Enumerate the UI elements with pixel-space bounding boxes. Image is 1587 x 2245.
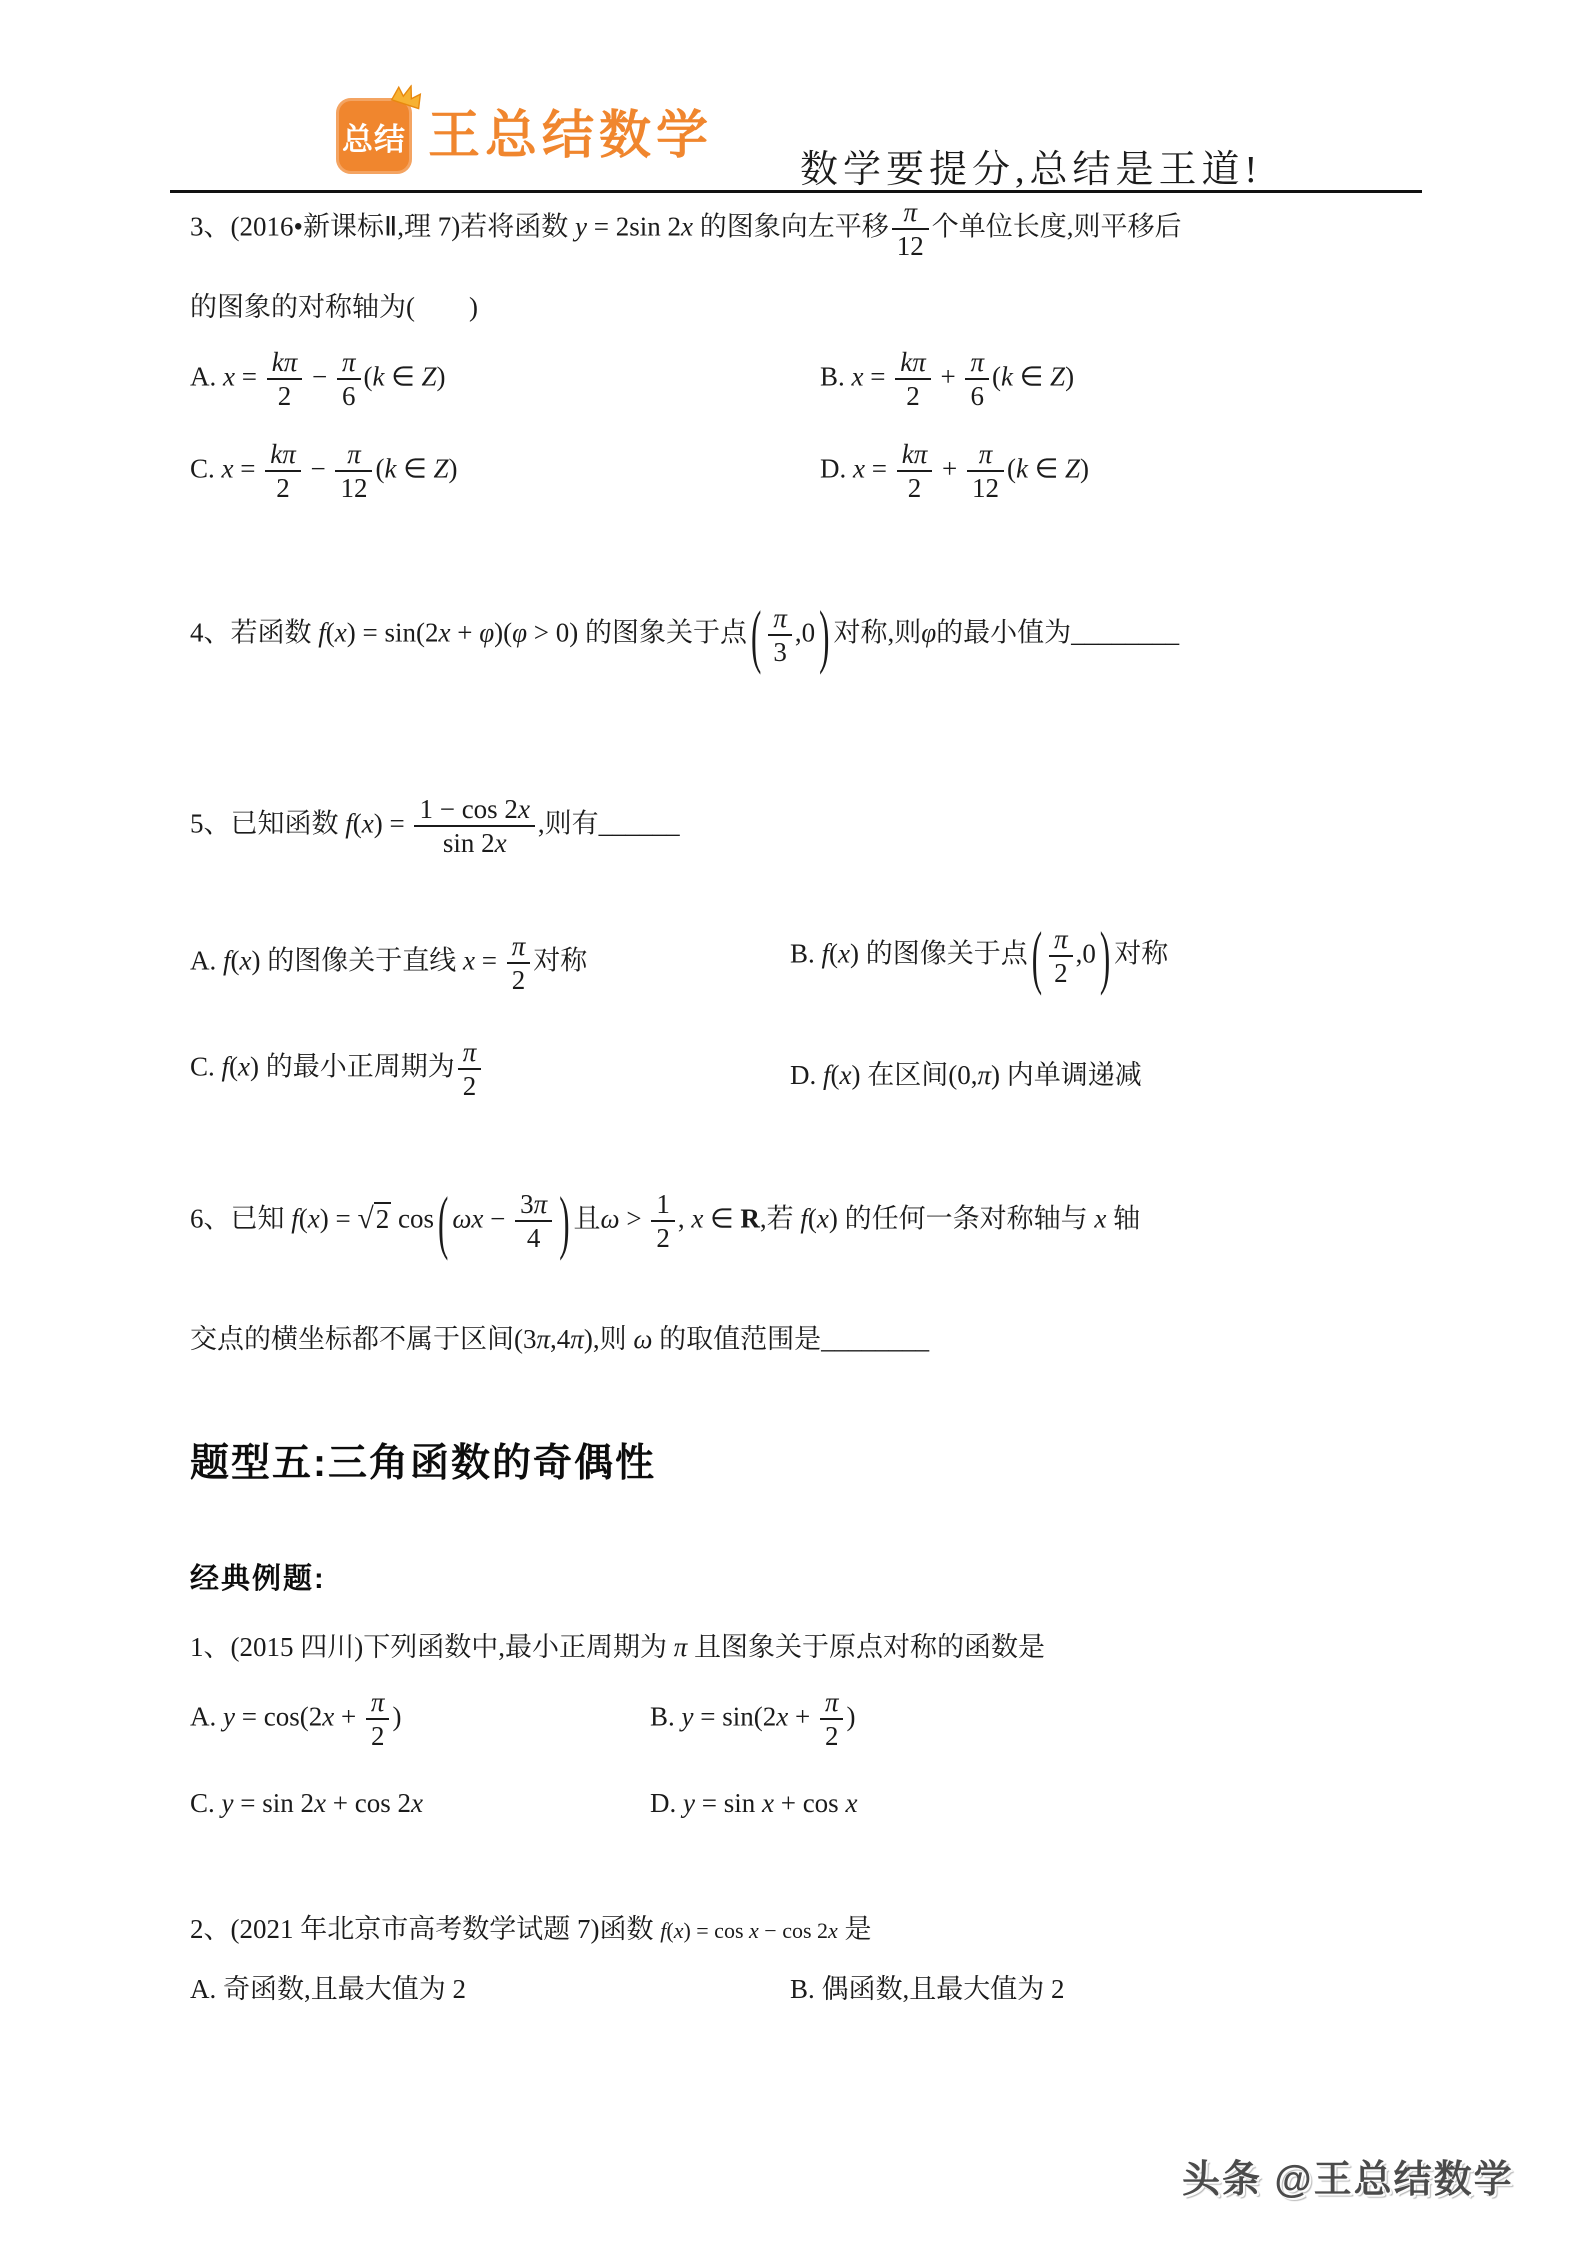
q3-option-d: D. x = kπ2 + π12(k ∈ Z): [820, 440, 1089, 503]
q5-option-c: C. f(x) 的最小正周期为π2: [190, 1038, 484, 1101]
crown-icon: [386, 79, 427, 117]
q6-text-line1: 6、已知 f(x) = √2 cos(ωx − 3π4)且ω > 12, x ∈…: [190, 1190, 1140, 1253]
s5q2-option-a: A. 奇函数,且最大值为 2: [190, 1972, 466, 2007]
q3-option-c: C. x = kπ2 − π12(k ∈ Z): [190, 440, 458, 503]
q6-text-line2: 交点的横坐标都不属于区间(3π,4π),则 ω 的取值范围是________: [190, 1322, 929, 1357]
q5-text: 5、已知函数 f(x) = 1 − cos 2xsin 2x,则有______: [190, 795, 680, 858]
watermark-text: 头条 @王总结数学: [1182, 2148, 1514, 2203]
s5q1-text: 1、(2015 四川)下列函数中,最小正周期为 π 且图象关于原点对称的函数是: [190, 1630, 1045, 1665]
q3-text-line1: 3、(2016•新课标Ⅱ,理 7)若将函数 y = 2sin 2x 的图象向左平…: [190, 198, 1181, 261]
header-slogan: 数学要提分,总结是王道!: [800, 138, 1262, 193]
s5q2-text: 2、(2021 年北京市高考数学试题 7)函数 f(x) = cos x − c…: [190, 1912, 872, 1947]
q5-option-a: A. f(x) 的图像关于直线 x = π2对称: [190, 932, 587, 995]
s5q1-option-a: A. y = cos(2x + π2): [190, 1688, 401, 1751]
q5-option-d: D. f(x) 在区间(0,π) 内单调递减: [790, 1058, 1142, 1093]
q3-option-a: A. x = kπ2 − π6(k ∈ Z): [190, 348, 446, 411]
q3-text-line2: 的图象的对称轴为( ): [190, 290, 478, 325]
s5q1-option-c: C. y = sin 2x + cos 2x: [190, 1786, 423, 1821]
header-divider: [170, 190, 1422, 193]
q3-option-b: B. x = kπ2 + π6(k ∈ Z): [820, 348, 1074, 411]
classic-examples-label: 经典例题:: [190, 1556, 326, 1597]
brand-logo-badge: 总结: [336, 98, 412, 174]
s5q2-option-b: B. 偶函数,且最大值为 2: [790, 1972, 1065, 2007]
brand-logo-title: 王总结数学: [428, 104, 713, 168]
logo-badge-text: 总结: [342, 114, 406, 159]
q4-text: 4、若函数 f(x) = sin(2x + φ)(φ > 0) 的图象关于点(π…: [190, 604, 1179, 667]
q5-option-b: B. f(x) 的图像关于点(π2,0)对称: [790, 925, 1168, 988]
worksheet-page: 总结 王总结数学 数学要提分,总结是王道! 3、(2016•新课标Ⅱ,理 7)若…: [0, 0, 1587, 2245]
s5q1-option-b: B. y = sin(2x + π2): [650, 1688, 855, 1751]
section-heading: 题型五:三角函数的奇偶性: [190, 1432, 656, 1488]
s5q1-option-d: D. y = sin x + cos x: [650, 1786, 857, 1821]
